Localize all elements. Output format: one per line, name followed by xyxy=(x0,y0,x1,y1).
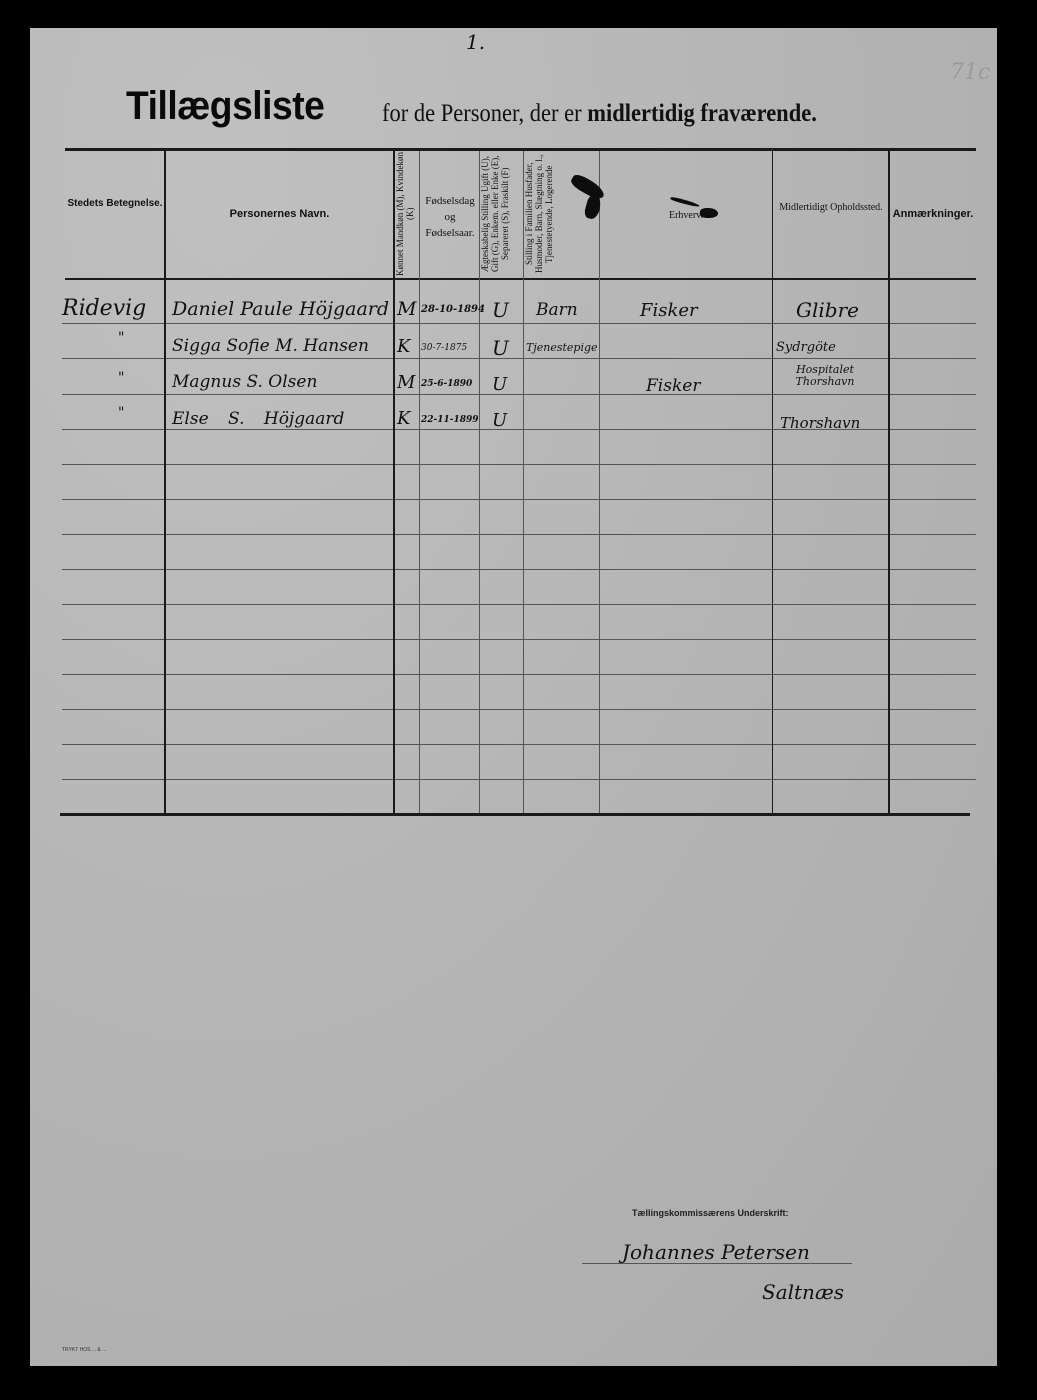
cell-sted: " xyxy=(118,370,124,386)
header-stedets: Stedets Betegnelse. xyxy=(66,198,164,211)
row-line xyxy=(62,674,976,675)
cell-stand: U xyxy=(492,374,507,395)
cell-erhverv: Fisker xyxy=(646,376,700,396)
cell-opholdssted: Glibre xyxy=(796,298,859,322)
subtitle-bold: midlertidig fraværende. xyxy=(587,100,817,127)
cell-navn: Else S. Höjgaard xyxy=(172,409,344,429)
cell-fodt: 25-6-1890 xyxy=(421,379,472,389)
cell-sted: " xyxy=(118,405,124,421)
row-line xyxy=(62,534,976,535)
col-line xyxy=(164,151,166,813)
page-mark: 1. xyxy=(466,30,485,54)
row-line xyxy=(62,358,976,359)
cell-sted: Ridevig xyxy=(62,296,146,321)
cell-stand: U xyxy=(492,410,507,431)
row-line xyxy=(62,569,976,570)
cell-navn: Magnus S. Olsen xyxy=(172,372,317,392)
cell-opholdssted: Thorshavn xyxy=(780,414,860,432)
cell-erhverv: Fisker xyxy=(640,300,698,321)
cell-stilling: Tjenestepige xyxy=(526,341,598,354)
header-navn: Personernes Navn. xyxy=(166,208,393,222)
cell-stand: U xyxy=(492,298,509,322)
ink-blot xyxy=(700,208,718,218)
header-kjonnet: Kønnet Mandkøn (M), Kvindekøn (K) xyxy=(396,152,418,276)
header-bottom-border xyxy=(65,278,976,280)
col-line xyxy=(599,151,600,813)
header-opholdssted: Midlertidigt Opholdssted. xyxy=(774,200,888,215)
printer-mark: TRYKT HOS ... & ... xyxy=(62,1347,106,1353)
row-line xyxy=(62,394,976,395)
col-line xyxy=(419,151,420,813)
table-bottom-border xyxy=(60,813,970,816)
table-top-border xyxy=(65,148,976,151)
cell-kjon: M xyxy=(397,298,416,320)
cell-stand: U xyxy=(492,336,509,360)
row-line xyxy=(62,323,976,324)
signature-name: Johannes Petersen xyxy=(622,1240,810,1264)
cell-fodt: 30-7-1875 xyxy=(421,343,467,353)
row-line xyxy=(62,464,976,465)
cell-kjon: K xyxy=(397,408,410,429)
signature-label: Tællingskommissærens Underskrift: xyxy=(632,1208,789,1218)
page-title: Tillægsliste xyxy=(126,84,324,129)
subtitle-prefix: for de Personer, der er xyxy=(382,100,582,127)
cell-navn: Sigga Sofie M. Hansen xyxy=(172,336,369,356)
cell-kjon: M xyxy=(397,372,415,393)
row-line xyxy=(62,709,976,710)
header-erhverv: Erhverv. xyxy=(600,210,772,223)
row-line xyxy=(62,499,976,500)
cell-fodt: 28-10-1894 xyxy=(421,304,485,315)
row-line xyxy=(62,604,976,605)
signature-place: Saltnæs xyxy=(762,1280,844,1304)
row-line xyxy=(62,639,976,640)
header-anmaerkninger: Anmærkninger. xyxy=(890,208,976,222)
cell-navn: Daniel Paule Höjgaard xyxy=(172,298,389,320)
cell-fodt: 22-11-1899 xyxy=(421,415,479,425)
corner-mark: 71c xyxy=(950,60,990,85)
cell-kjon: K xyxy=(397,336,410,357)
cell-opholdssted: Hospitalet Thorshavn xyxy=(790,364,860,388)
cell-sted: " xyxy=(118,330,124,346)
header-aegteskabelig: Ægteskabelig Stilling Ugift (U), Gift (G… xyxy=(481,152,522,276)
header-fodselsdag: Fødselsdag og Fødselsaar. xyxy=(421,194,479,242)
cell-opholdssted: Sydrgöte xyxy=(776,340,836,355)
page-subtitle: for de Personer, der er midlertidig frav… xyxy=(382,100,817,128)
col-line xyxy=(888,151,890,813)
row-line xyxy=(62,744,976,745)
cell-stilling: Barn xyxy=(536,300,578,320)
col-line xyxy=(772,151,773,813)
row-line xyxy=(62,779,976,780)
